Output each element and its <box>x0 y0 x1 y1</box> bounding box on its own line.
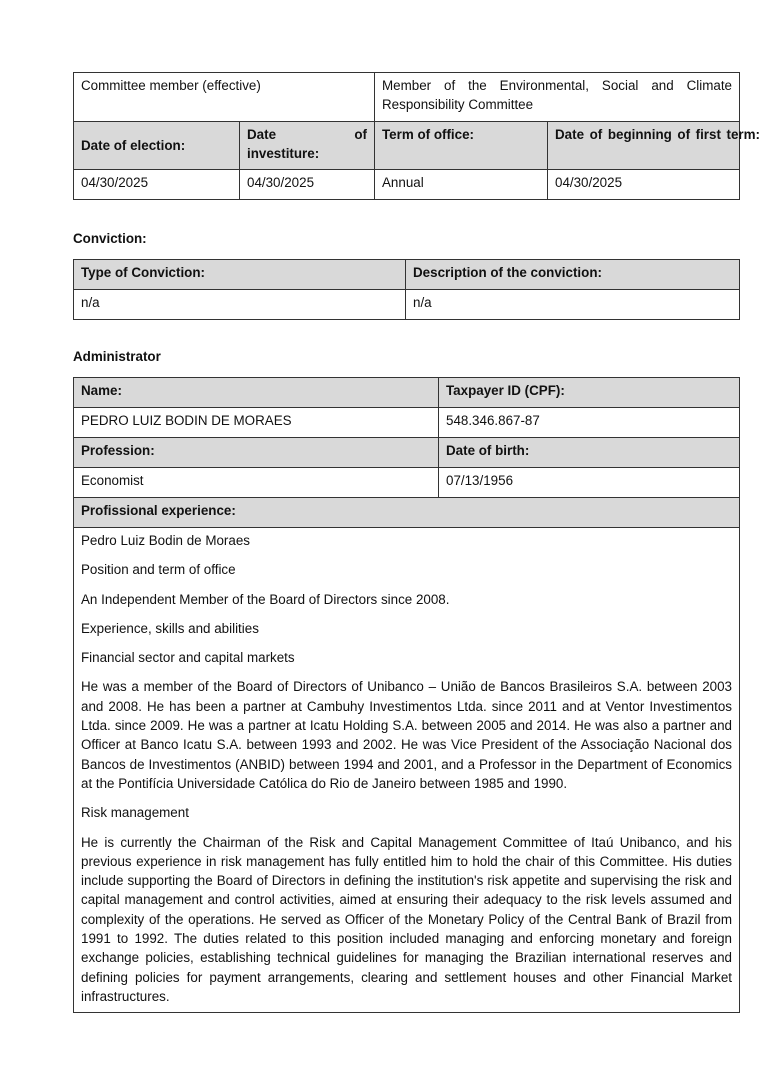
administrator-section-title: Administrator <box>73 349 161 364</box>
date-of-election-value: 04/30/2025 <box>74 170 240 200</box>
admin-header-row-2: Profession: Date of birth: <box>74 438 740 468</box>
committee-role-label: Committee member (effective) <box>74 73 375 122</box>
profession-header: Profession: <box>74 438 439 468</box>
date-first-term-header-label: Date of beginning of first term: <box>555 127 760 142</box>
experience-position-text: An Independent Member of the Board of Di… <box>81 590 732 609</box>
conviction-table: Type of Conviction: Description of the c… <box>73 259 740 320</box>
term-of-office-header: Term of office: <box>375 122 548 170</box>
admin-header-row-1: Name: Taxpayer ID (CPF): <box>74 378 740 408</box>
date-of-birth-header: Date of birth: <box>439 438 740 468</box>
date-first-term-value: 04/30/2025 <box>548 170 740 200</box>
profession-value: Economist <box>74 468 439 498</box>
experience-person-name: Pedro Luiz Bodin de Moraes <box>81 531 732 550</box>
experience-subheading-position: Position and term of office <box>81 560 732 579</box>
date-of-investiture-header-word3: investiture: <box>247 144 367 163</box>
experience-body: Pedro Luiz Bodin de Moraes Position and … <box>74 528 740 1013</box>
experience-body-row: Pedro Luiz Bodin de Moraes Position and … <box>74 528 740 1013</box>
conviction-description-value: n/a <box>406 290 740 320</box>
experience-header-row: Profissional experience: <box>74 498 740 528</box>
date-of-investiture-header-word2: of <box>354 125 367 144</box>
name-value: PEDRO LUIZ BODIN DE MORAES <box>74 408 439 438</box>
committee-value-row: 04/30/2025 04/30/2025 Annual 04/30/2025 <box>74 170 740 200</box>
conviction-header-row: Type of Conviction: Description of the c… <box>74 260 740 290</box>
committee-role-value: Member of the Environmental, Social and … <box>375 73 740 122</box>
term-of-office-value: Annual <box>375 170 548 200</box>
date-of-election-header: Date of election: <box>74 122 240 170</box>
committee-table: Committee member (effective) Member of t… <box>73 72 740 200</box>
conviction-type-header: Type of Conviction: <box>74 260 406 290</box>
name-header: Name: <box>74 378 439 408</box>
experience-financial-text: He was a member of the Board of Director… <box>81 677 732 793</box>
conviction-type-value: n/a <box>74 290 406 320</box>
admin-value-row-2: Economist 07/13/1956 <box>74 468 740 498</box>
conviction-value-row: n/a n/a <box>74 290 740 320</box>
experience-subheading-financial: Financial sector and capital markets <box>81 648 732 667</box>
date-first-term-header: Date of beginning of first term: <box>548 122 740 170</box>
experience-subheading-skills: Experience, skills and abilities <box>81 619 732 638</box>
experience-risk-text: He is currently the Chairman of the Risk… <box>81 833 732 1007</box>
date-first-term-header-text: Date of beginning of first term: <box>555 125 760 144</box>
taxpayer-id-header: Taxpayer ID (CPF): <box>439 378 740 408</box>
date-of-investiture-header: Date of investiture: <box>240 122 375 170</box>
conviction-description-header: Description of the conviction: <box>406 260 740 290</box>
committee-header-row: Date of election: Date of investiture: T… <box>74 122 740 170</box>
experience-header: Profissional experience: <box>74 498 740 528</box>
date-of-birth-value: 07/13/1956 <box>439 468 740 498</box>
taxpayer-id-value: 548.346.867-87 <box>439 408 740 438</box>
conviction-section-title: Conviction: <box>73 231 147 246</box>
experience-subheading-risk: Risk management <box>81 803 732 822</box>
date-of-investiture-header-word1: Date <box>247 125 276 144</box>
admin-value-row-1: PEDRO LUIZ BODIN DE MORAES 548.346.867-8… <box>74 408 740 438</box>
administrator-table: Name: Taxpayer ID (CPF): PEDRO LUIZ BODI… <box>73 377 740 1013</box>
committee-role-row: Committee member (effective) Member of t… <box>74 73 740 122</box>
date-of-investiture-value: 04/30/2025 <box>240 170 375 200</box>
